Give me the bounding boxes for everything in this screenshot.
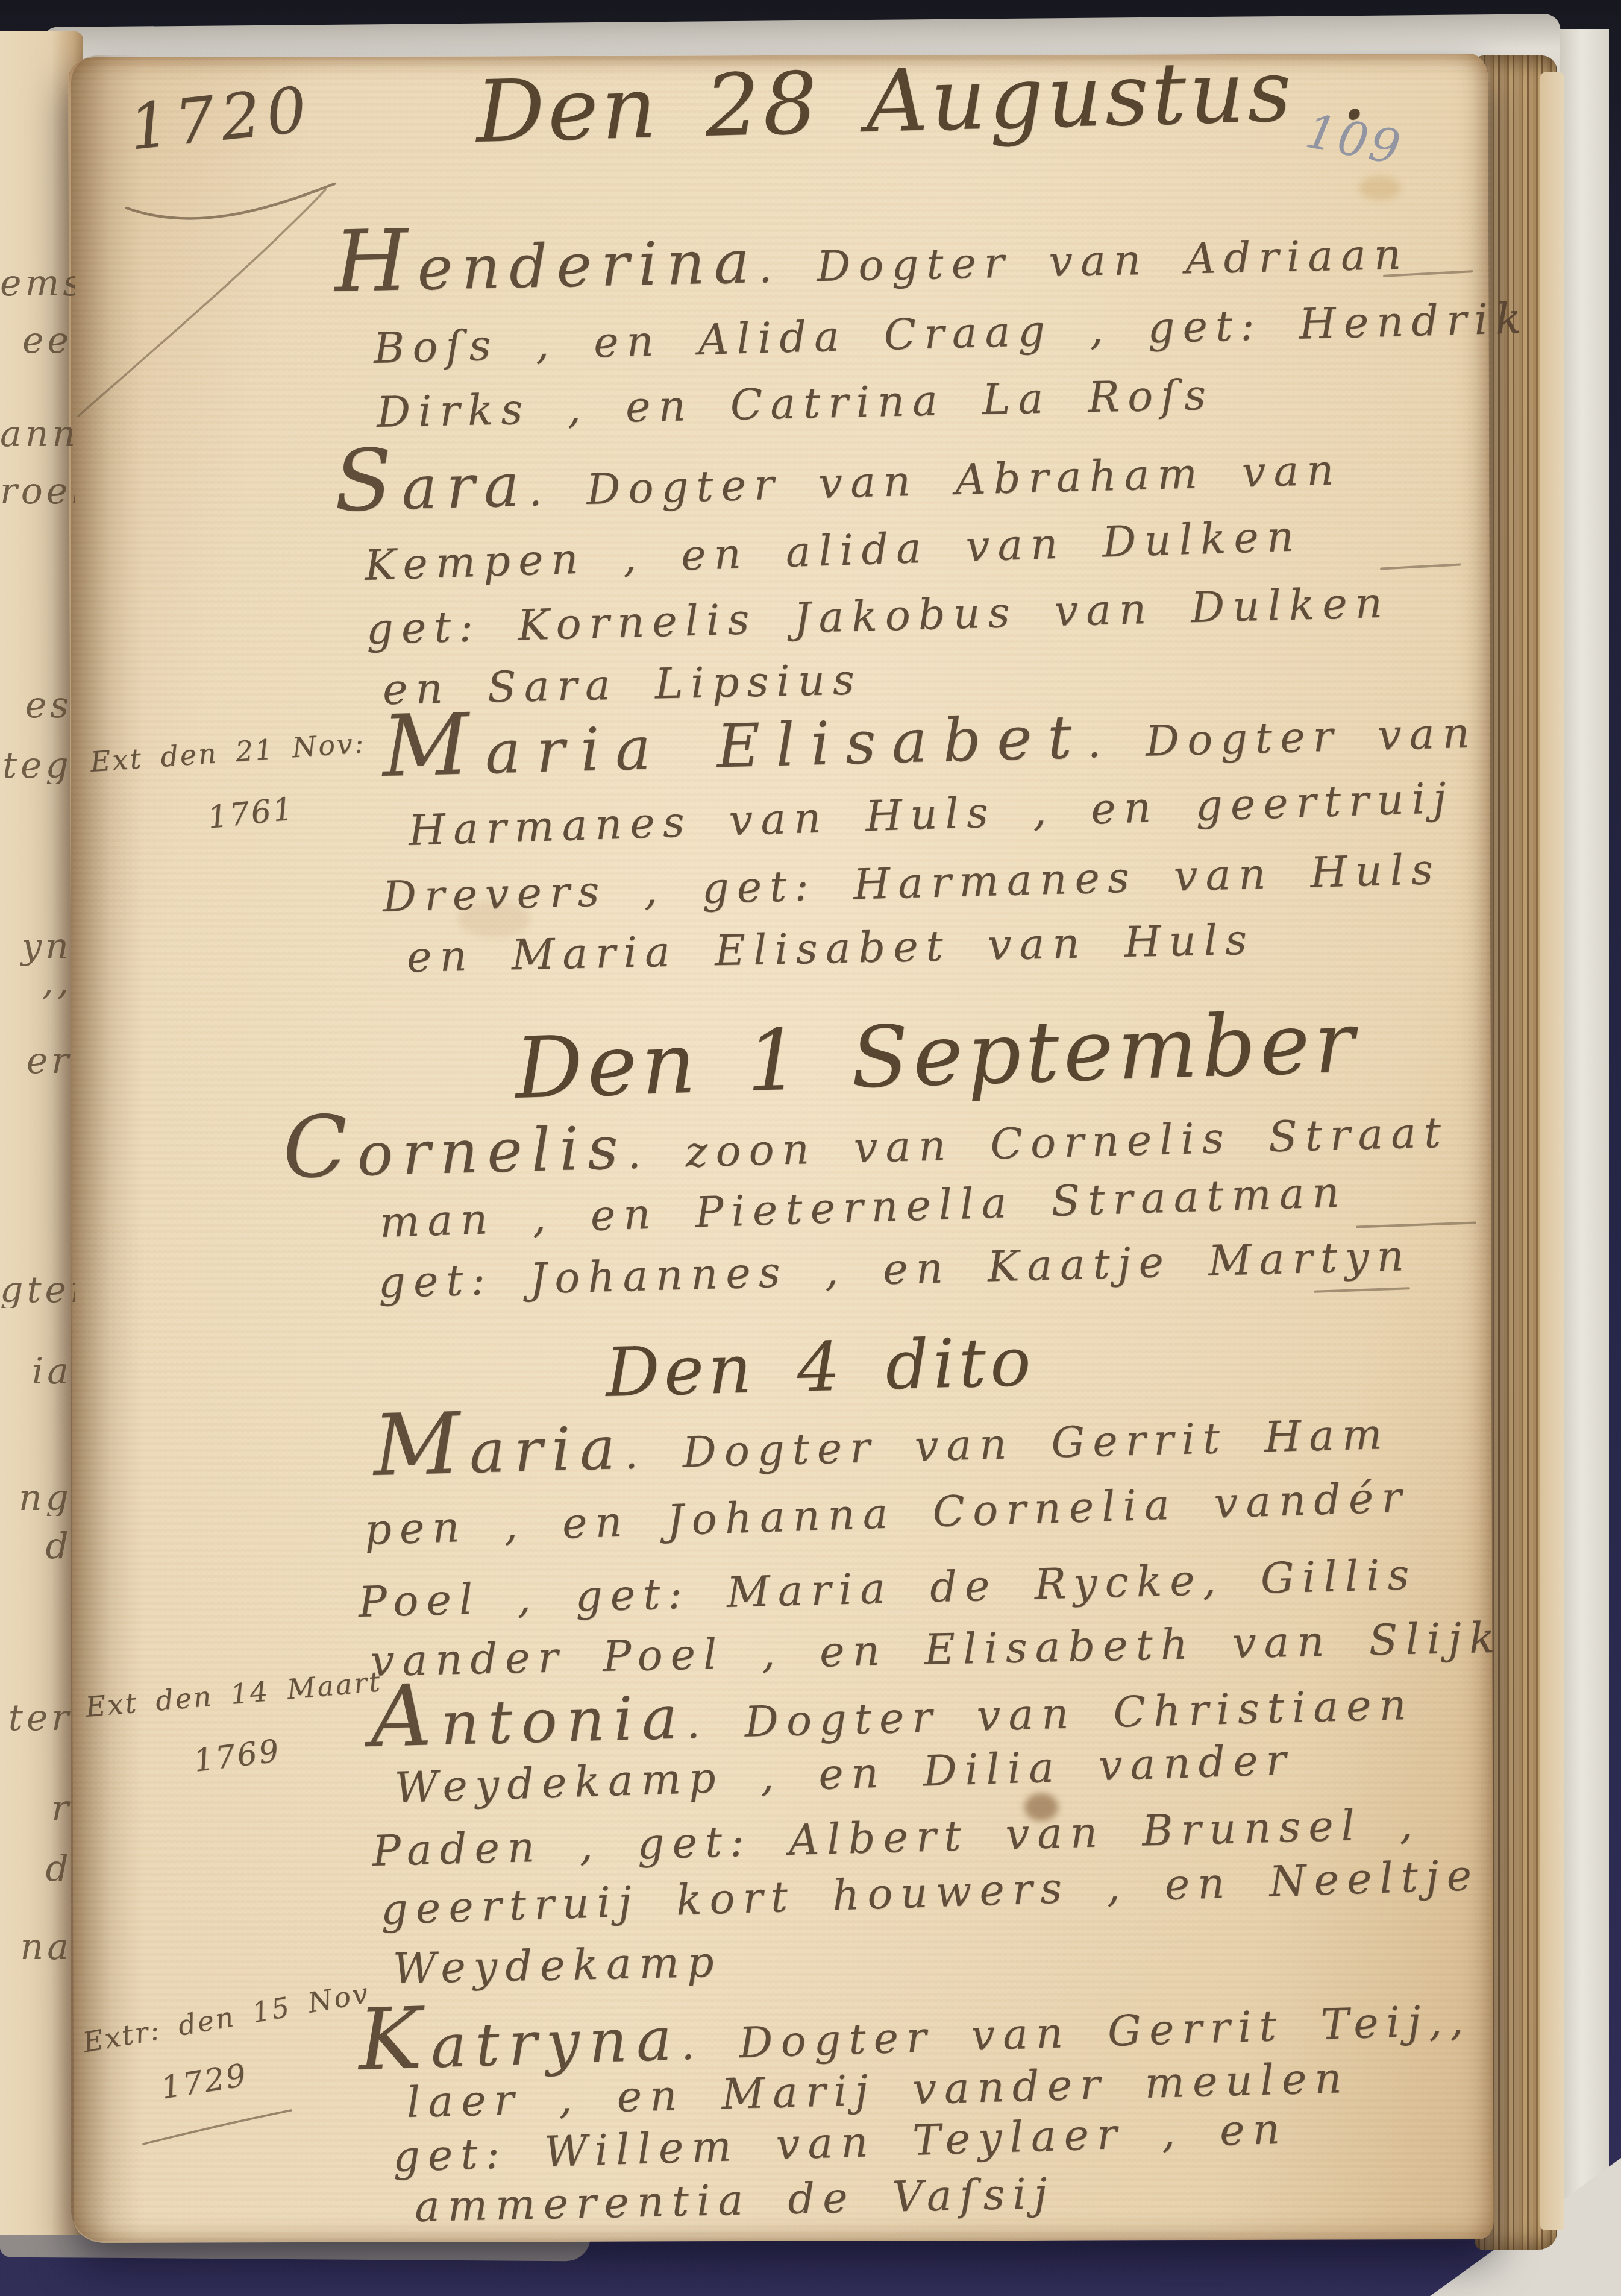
entry-name: Maria [372, 1414, 625, 1489]
calligraphic-initial: S [333, 431, 403, 531]
entry-line: Weydekamp [392, 1940, 722, 1992]
clipped-word: er [0, 1043, 75, 1079]
clipped-word: yn ,, [0, 928, 75, 1001]
ink-flourish-margin-underline [137, 2107, 300, 2155]
clipped-word: es [0, 687, 75, 723]
entry-name: Antonia [369, 1683, 687, 1761]
calligraphic-initial: C [281, 1098, 358, 1198]
calligraphic-initial: A [369, 1667, 442, 1767]
page-title-date: Den 28 Augustus . [475, 44, 1372, 157]
clipped-word: ter [0, 1700, 75, 1736]
entry-intro: . Dogter van [1086, 708, 1478, 767]
page-block-edge [1540, 72, 1564, 2230]
section-heading-date: Den 4 dito [604, 1327, 1035, 1409]
clipped-word: ia [0, 1353, 75, 1389]
calligraphic-initial: K [357, 1989, 432, 2090]
clipped-word: d [0, 1851, 75, 1887]
margin-note-year: 1761 [206, 793, 296, 834]
calligraphic-initial: H [333, 212, 418, 312]
vellum-cover-right-edge [1560, 29, 1609, 2296]
clipped-word: gter [0, 1272, 75, 1308]
clipped-word: d [0, 1528, 75, 1564]
clipped-word: ng [0, 1480, 75, 1516]
clipped-word: na [0, 1929, 75, 1965]
paper-stain [1359, 176, 1401, 200]
calligraphic-initial: M [381, 696, 486, 796]
year-label: 1720 [126, 76, 315, 160]
entry-name: Cornelis [282, 1113, 628, 1192]
book-photo: { "header": { "year": "1720", "title": "… [0, 0, 1621, 2296]
ink-flourish-under-year [60, 175, 374, 434]
entry-name: Sara [333, 451, 529, 525]
entry-name: Henderina [334, 227, 759, 306]
calligraphic-initial: M [372, 1395, 470, 1496]
clipped-word: r [0, 1790, 75, 1826]
clipped-word: roeh [0, 473, 75, 509]
clipped-word: teg [0, 747, 75, 784]
